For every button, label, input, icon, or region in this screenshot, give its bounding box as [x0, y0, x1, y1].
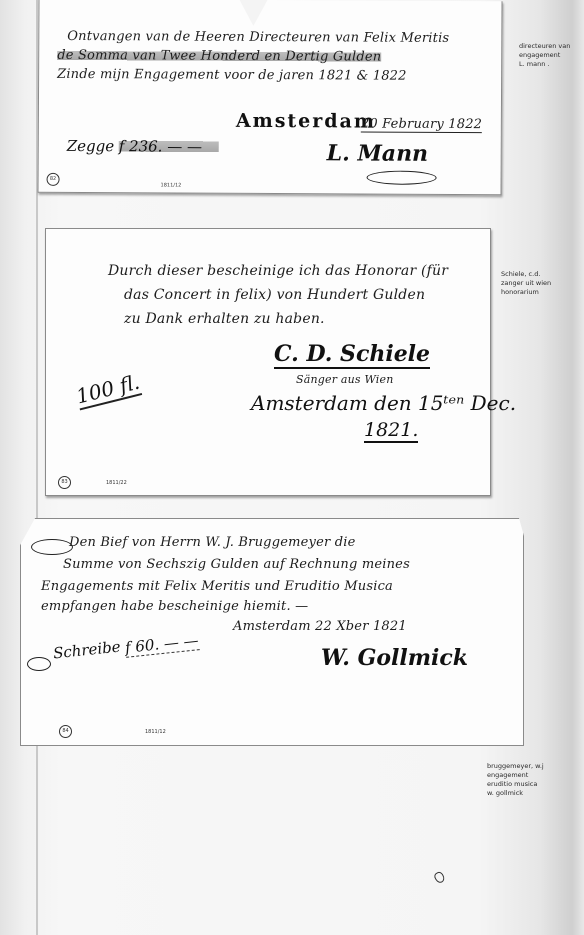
- signature: W. Gollmick: [321, 645, 468, 671]
- paper-speck: [433, 870, 446, 884]
- receipt-date: 20 February 1822: [361, 116, 482, 133]
- year-value: 1821.: [364, 419, 418, 443]
- receipt-year: 1821.: [364, 419, 418, 441]
- receipt-line: das Concert in felix) von Hundert Gulden: [124, 287, 425, 303]
- archive-stamp: 83: [58, 476, 71, 489]
- receipt-mann: Ontvangen van de Heeren Directeuren van …: [37, 0, 502, 195]
- receipt-place: Amsterdam: [236, 110, 376, 133]
- amount-label: Zegge: [67, 137, 114, 155]
- margin-note-schiele: Schiele, c.d. zanger uit wien honorarium: [501, 270, 551, 297]
- archive-stamp: 82: [47, 173, 60, 186]
- signature: C. D. Schiele: [274, 341, 430, 367]
- signature-name: C. D. Schiele: [274, 341, 430, 369]
- receipt-line: Durch dieser bescheinige ich das Honorar…: [108, 263, 448, 279]
- margin-note-mann: directeuren van engagement L. mann .: [519, 42, 570, 69]
- paper-tear: [239, 0, 267, 26]
- receipt-line: Ontvangen van de Heeren Directeuren van …: [67, 29, 449, 46]
- amount-value: 100 fl.: [74, 370, 143, 411]
- receipt-line: Zinde mijn Engagement voor de jaren 1821…: [57, 67, 407, 84]
- signature-flourish: [367, 171, 437, 185]
- margin-note-bruggemeyer: bruggemeyer, w.j engagement eruditio mus…: [487, 762, 544, 798]
- receipt-line: empfangen habe bescheinige hiemit. —: [41, 599, 308, 614]
- initial-flourish: [31, 539, 73, 555]
- catalog-number: 1811/12: [145, 729, 166, 735]
- amount-value: f 60. — —: [124, 631, 199, 658]
- receipt-line: Summe von Sechszig Gulden auf Rechnung m…: [63, 557, 410, 572]
- amount-flourish: [27, 657, 51, 671]
- receipt-line: zu Dank erhalten zu haben.: [124, 311, 325, 327]
- amount-value: f 236. — —: [119, 137, 219, 156]
- signer-title: Sänger aus Wien: [296, 373, 394, 386]
- archive-stamp: 84: [59, 725, 72, 738]
- catalog-number: 1811/12: [161, 182, 182, 188]
- receipt-line: de Somma van Twee Honderd en Dertig Guld…: [57, 48, 381, 65]
- receipt-place-date: Amsterdam den 15ᵗᵉⁿ Dec.: [251, 391, 516, 415]
- signature: L. Mann: [327, 140, 429, 167]
- receipt-line: Den Bief von Herrn W. J. Bruggemeyer die: [69, 535, 355, 550]
- receipt-gollmick: Den Bief von Herrn W. J. Bruggemeyer die…: [20, 518, 524, 746]
- catalog-number: 1811/22: [106, 480, 127, 486]
- receipt-schiele: Durch dieser bescheinige ich das Honorar…: [45, 228, 491, 496]
- receipt-line: Engagements mit Felix Meritis und Erudit…: [41, 579, 393, 594]
- receipt-place-date: Amsterdam 22 Xber 1821: [233, 619, 407, 634]
- amount-label: Schreibe: [52, 638, 121, 663]
